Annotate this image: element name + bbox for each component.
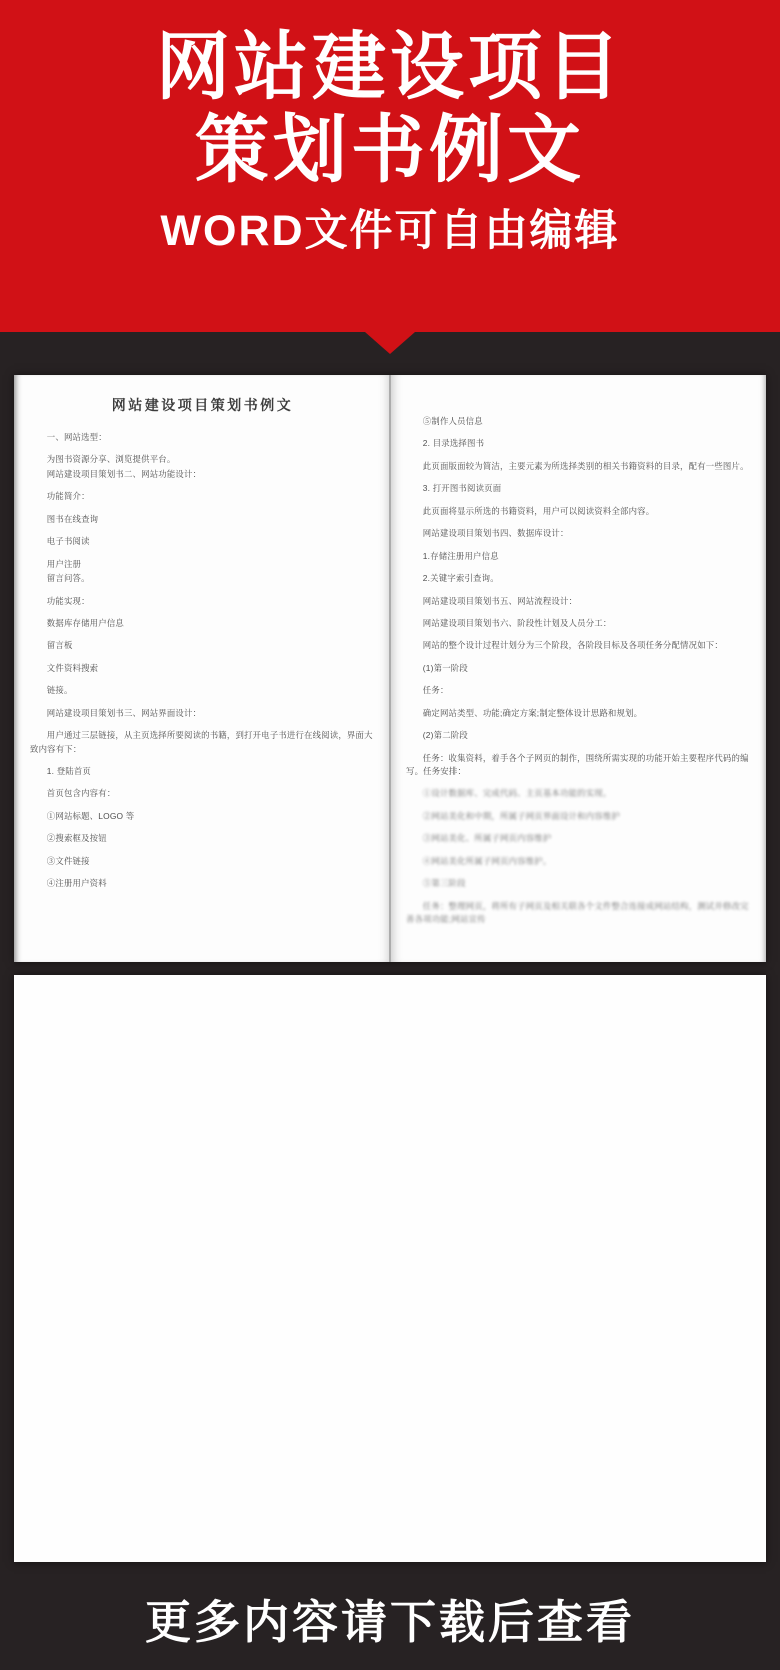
document-paragraph: 确定网站类型、功能;确定方案;制定整体设计思路和规划。 <box>406 707 752 720</box>
footer: 更多内容请下载后查看 <box>0 1586 780 1652</box>
document-paragraph: ②网站美化和中期，所属子网页界面设计和内容维护 <box>406 810 752 823</box>
document-paragraph: 1. 登陆首页 <box>30 765 375 778</box>
document-paragraph: 此页面版面较为简洁，主要元素为所选择类别的相关书籍资料的目录，配有一些图片。 <box>406 460 752 473</box>
document-paragraph: 留言问答。 <box>30 572 375 585</box>
banner-title-line1: 网站建设项目 <box>156 26 624 109</box>
document-paragraph: 网站建设项目策划书四、数据库设计： <box>406 527 752 540</box>
document-paragraph: 网站建设项目策划书五、网站流程设计： <box>406 595 752 608</box>
document-paragraph: 数据库存储用户信息 <box>30 617 375 630</box>
document-paragraph: (1)第一阶段 <box>406 662 752 675</box>
banner-arrow-pointer <box>365 332 415 354</box>
document-paragraph: 此页面将显示所选的书籍资料，用户可以阅读资料全部内容。 <box>406 505 752 518</box>
promo-image: 网站建设项目 策划书例文 WORD文件可自由编辑 网站建设项目策划书例文 一、网… <box>0 0 780 1670</box>
document-paragraph: 为图书资源分享、浏览提供平台。 <box>30 453 375 466</box>
document-paragraph: 网站建设项目策划书三、网站界面设计： <box>30 707 375 720</box>
document-paragraph: 任务：收集资料，着手各个子网页的制作，围绕所需实现的功能开始主要程序代码的编写。… <box>406 752 752 779</box>
footer-text: 更多内容请下载后查看 <box>0 1586 780 1652</box>
document-paragraph: 功能实现： <box>30 595 375 608</box>
document-paragraph: ④注册用户资料 <box>30 877 375 890</box>
document-paragraph: 网站建设项目策划书六、阶段性计划及人员分工： <box>406 617 752 630</box>
document-paragraph: ①网站标题、LOGO 等 <box>30 810 375 823</box>
document-paragraph: 2.关键字索引查询。 <box>406 572 752 585</box>
document-page-right: ⑤制作人员信息 2. 目录选择图书 此页面版面较为简洁，主要元素为所选择类别的相… <box>391 375 766 962</box>
document-paragraph: 留言板 <box>30 639 375 652</box>
document-paragraph: 2. 目录选择图书 <box>406 437 752 450</box>
document-spread: 网站建设项目策划书例文 一、网站选型： 为图书资源分享、浏览提供平台。 网站建设… <box>14 375 766 962</box>
document-paragraph: 文件资料搜索 <box>30 662 375 675</box>
document-paragraph: 用户注册 <box>30 558 375 571</box>
document-paragraph: 链接。 <box>30 684 375 697</box>
document-paragraph: ②搜索框及按钮 <box>30 832 375 845</box>
document-paragraph: 3. 打开图书阅读页面 <box>406 482 752 495</box>
document-paragraph: 任务：整理网页，将所有子网页及相关联各个文件整合连接成网站结构，测试并修改完善各… <box>406 900 752 927</box>
document-paragraph: 一、网站选型： <box>30 431 375 444</box>
banner: 网站建设项目 策划书例文 WORD文件可自由编辑 <box>0 0 780 332</box>
left-page-body: 一、网站选型： 为图书资源分享、浏览提供平台。 网站建设项目策划书二、网站功能设… <box>30 431 375 891</box>
document-paragraph: 电子书阅读 <box>30 535 375 548</box>
document-paragraph: 图书在线查询 <box>30 513 375 526</box>
document-paragraph: ③文件链接 <box>30 855 375 868</box>
document-paragraph: ④网站美化所属子网页内容维护。 <box>406 855 752 868</box>
document-paragraph: ⑤制作人员信息 <box>406 415 752 428</box>
document-paragraph: ③网站美化、所属子网页内容维护 <box>406 832 752 845</box>
document-paragraph: 网站建设项目策划书二、网站功能设计： <box>30 468 375 481</box>
document-paragraph: 网站的整个设计过程计划分为三个阶段，各阶段目标及各项任务分配情况如下： <box>406 639 752 652</box>
document-paragraph: ⑤第三阶段 <box>406 877 752 890</box>
banner-title-line2: 策划书例文 <box>195 109 585 192</box>
document-paragraph: 首页包含内容有： <box>30 787 375 800</box>
document-page-left: 网站建设项目策划书例文 一、网站选型： 为图书资源分享、浏览提供平台。 网站建设… <box>14 375 389 962</box>
document-paragraph: ①设计数据库、完成代码、主页基本功能的实现。 <box>406 787 752 800</box>
document-paragraph: 1.存储注册用户信息 <box>406 550 752 563</box>
document-paragraph: 任务： <box>406 684 752 697</box>
document-title: 网站建设项目策划书例文 <box>30 395 375 415</box>
blank-page-preview <box>14 975 766 1562</box>
document-paragraph: 功能简介： <box>30 490 375 503</box>
document-paragraph: 用户通过三层链接，从主页选择所要阅读的书籍，到打开电子书进行在线阅读，界面大致内… <box>30 729 375 756</box>
right-page-body: ⑤制作人员信息 2. 目录选择图书 此页面版面较为简洁，主要元素为所选择类别的相… <box>406 415 752 927</box>
document-paragraph: (2)第二阶段 <box>406 729 752 742</box>
banner-subtitle: WORD文件可自由编辑 <box>160 208 619 255</box>
